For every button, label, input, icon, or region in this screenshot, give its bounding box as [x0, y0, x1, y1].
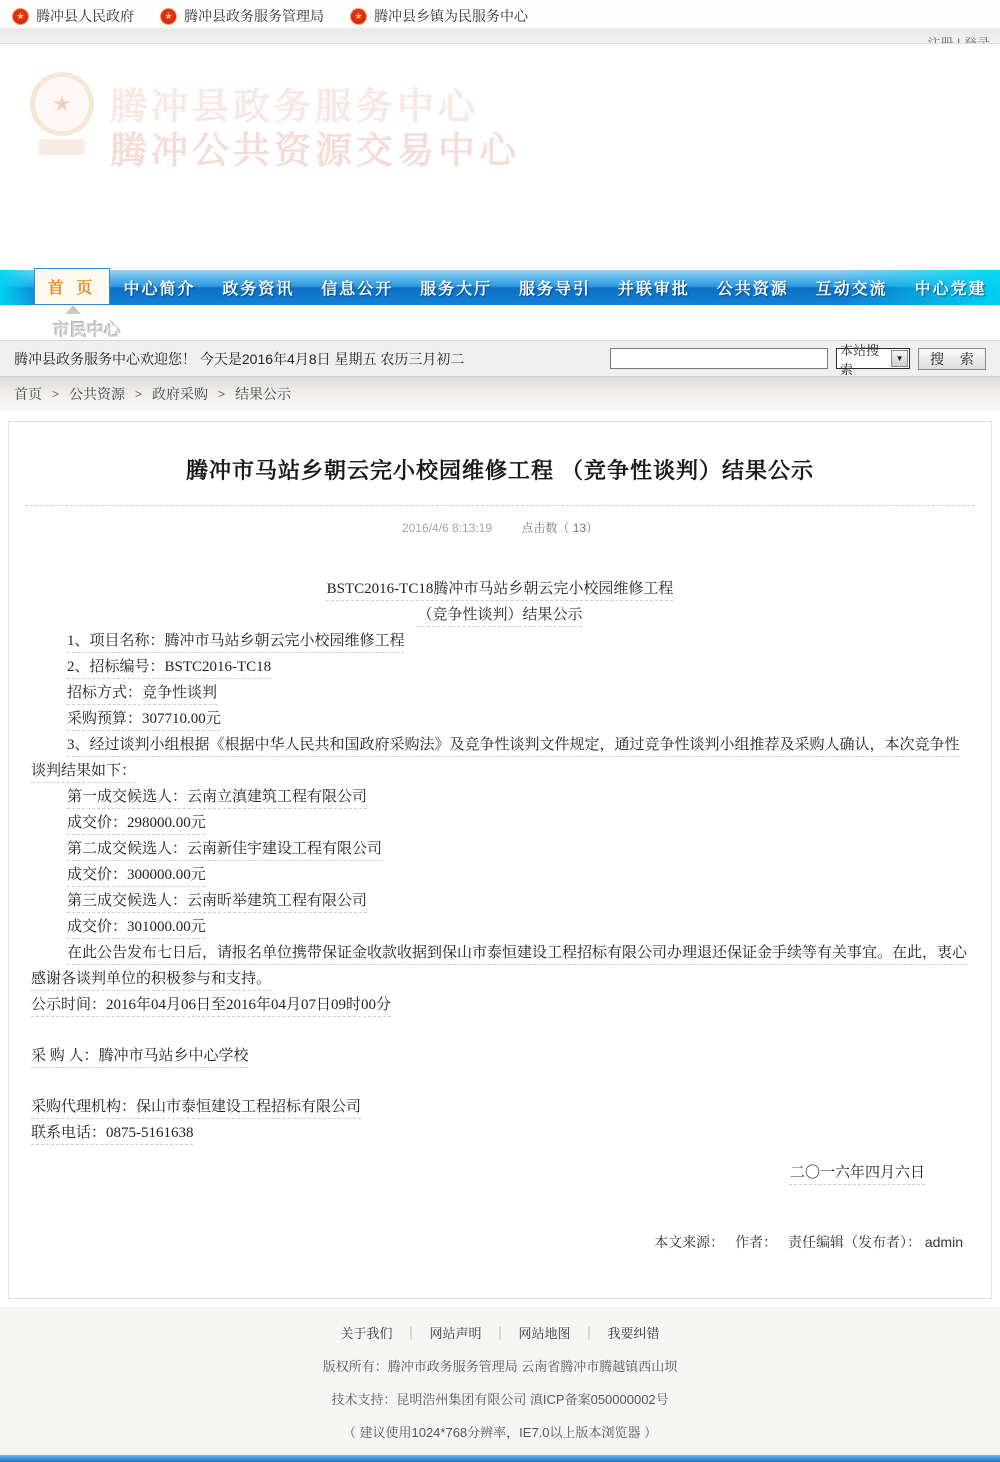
breadcrumb-separator: > — [218, 387, 225, 401]
bottom-bar — [0, 1455, 1000, 1462]
link-township-service-center[interactable]: ★ 腾冲县乡镇为民服务中心 — [350, 6, 528, 26]
article-container: 腾冲市马站乡朝云完小校园维修工程 （竞争性谈判）结果公示 2016/4/6 8:… — [8, 421, 992, 1299]
article-paragraph: 联系电话：0875-5161638 — [31, 1120, 969, 1146]
nav-item-label: 政务资讯 — [222, 276, 294, 299]
search-scope-value: 本站搜索 — [840, 340, 891, 378]
nav-item-label: 信息公开 — [321, 276, 393, 299]
link-service-administration[interactable]: ★ 腾冲县政务服务管理局 — [160, 6, 324, 26]
footer-browser-advice: （ 建议使用1024*768分辨率，IE7.0以上版本浏览器 ） — [0, 1422, 1000, 1441]
nav-item-center-intro[interactable]: 中心简介 — [110, 270, 209, 305]
breadcrumb-result-announcement[interactable]: 结果公示 — [235, 384, 291, 404]
nav-item-home[interactable]: 首 页 — [34, 268, 110, 305]
gov-link-label: 腾冲县政务服务管理局 — [184, 6, 324, 26]
footer-link-error-report[interactable]: 我要纠错 — [608, 1326, 660, 1341]
chevron-down-icon[interactable]: ▼ — [891, 350, 908, 367]
nav-item-service-guide[interactable]: 服务导引 — [506, 270, 605, 305]
gov-link-label: 腾冲县人民政府 — [36, 6, 134, 26]
footer-separator: ｜ — [404, 1326, 417, 1341]
article-paragraph: 成交价：301000.00元 — [31, 914, 969, 940]
welcome-bar: 腾冲县政务服务中心欢迎您！ 今天是2016年4月8日 星期五 农历三月初二 本站… — [0, 340, 1000, 377]
national-emblem-icon: ★ — [160, 8, 177, 25]
nav-item-label: 中心党建 — [915, 276, 987, 299]
article-paragraph: 3、经过谈判小组根据《根据中华人民共和国政府采购法》及竞争性谈判文件规定，通过竞… — [31, 732, 969, 784]
nav-item-party-building[interactable]: 中心党建 — [901, 270, 1000, 305]
topbar-links: ★ 腾冲县人民政府 ★ 腾冲县政务服务管理局 ★ 腾冲县乡镇为民服务中心 — [0, 0, 1000, 26]
article-paragraph: 公示时间：2016年04月06日至2016年04月07日09时00分 — [31, 992, 969, 1018]
search-input[interactable] — [610, 348, 828, 369]
article-paragraph: 2、招标编号：BSTC2016-TC18 — [31, 654, 969, 680]
welcome-text: 腾冲县政务服务中心欢迎您！ 今天是2016年4月8日 星期五 农历三月初二 — [14, 349, 464, 369]
article-heading-line: BSTC2016-TC18腾冲市马站乡朝云完小校园维修工程 — [31, 576, 969, 602]
subnav: 市民中心 — [0, 305, 1000, 340]
title-divider — [25, 505, 975, 506]
article-paragraph: 成交价：298000.00元 — [31, 810, 969, 836]
article-hit-count: 点击数（ 13） — [521, 521, 598, 535]
search-scope-select[interactable]: 本站搜索 ▼ — [836, 348, 910, 369]
article-paragraph: 第二成交候选人：云南新佳宇建设工程有限公司 — [31, 836, 969, 862]
nav-item-service-hall[interactable]: 服务大厅 — [407, 270, 506, 305]
article-paragraph: 招标方式：竞争性谈判 — [31, 680, 969, 706]
search-button[interactable]: 搜 索 — [918, 348, 986, 370]
breadcrumb: 首页 > 公共资源 > 政府采购 > 结果公示 — [0, 377, 1000, 411]
article-date: 2016/4/6 8:13:19 — [402, 521, 492, 535]
article-paragraph: 采购代理机构：保山市泰恒建设工程招标有限公司 — [31, 1094, 969, 1120]
nav-item-label: 服务导引 — [519, 276, 591, 299]
national-emblem-icon: ★ — [12, 8, 29, 25]
article-meta: 2016/4/6 8:13:19 点击数（ 13） — [21, 519, 979, 536]
article-paragraph: 第一成交候选人：云南立滇建筑工程有限公司 — [31, 784, 969, 810]
article-sign-date: 二〇一六年四月六日 — [31, 1160, 969, 1186]
banner-emblem-icon: ★ — [30, 72, 94, 136]
footer-link-sitemap[interactable]: 网站地图 — [519, 1326, 571, 1341]
page: ★ 腾冲县人民政府 ★ 腾冲县政务服务管理局 ★ 腾冲县乡镇为民服务中心 注册 … — [0, 0, 1000, 1462]
nav-item-label: 并联审批 — [618, 276, 690, 299]
nav-item-info-disclosure[interactable]: 信息公开 — [308, 270, 407, 305]
banner-text: 腾冲县政务服务中心 腾冲公共资源交易中心 — [0, 44, 1000, 174]
link-county-government[interactable]: ★ 腾冲县人民政府 — [12, 6, 134, 26]
site-banner: ★ 腾冲县政务服务中心 腾冲公共资源交易中心 — [0, 44, 1000, 270]
article-paragraph: 成交价：300000.00元 — [31, 862, 969, 888]
footer-tech-support: 技术支持：昆明浩州集团有限公司 滇ICP备案050000002号 — [0, 1389, 1000, 1408]
topbar: ★ 腾冲县人民政府 ★ 腾冲县政务服务管理局 ★ 腾冲县乡镇为民服务中心 注册 … — [0, 0, 1000, 44]
footer-separator: ｜ — [493, 1326, 506, 1341]
article-paragraph: 1、项目名称：腾冲市马站乡朝云完小校园维修工程 — [31, 628, 969, 654]
footer-link-statement[interactable]: 网站声明 — [429, 1326, 481, 1341]
nav-item-public-resources[interactable]: 公共资源 — [703, 270, 802, 305]
main-nav: 首 页 中心简介 政务资讯 信息公开 服务大厅 服务导引 并联审批 公共资源 互… — [0, 270, 1000, 305]
breadcrumb-home[interactable]: 首页 — [14, 384, 42, 404]
article-title: 腾冲市马站乡朝云完小校园维修工程 （竞争性谈判）结果公示 — [21, 454, 979, 485]
footer-links: 关于我们｜网站声明｜网站地图｜我要纠错 — [0, 1323, 1000, 1342]
nav-item-gov-news[interactable]: 政务资讯 — [209, 270, 308, 305]
nav-item-interaction[interactable]: 互动交流 — [802, 270, 901, 305]
national-emblem-icon: ★ — [350, 8, 367, 25]
nav-item-label: 中心简介 — [123, 276, 195, 299]
banner-title-line1: 腾冲县政务服务中心 — [110, 86, 1000, 130]
auth-links[interactable]: 注册 | 登录 — [927, 33, 990, 44]
breadcrumb-separator: > — [135, 387, 142, 401]
gov-link-label: 腾冲县乡镇为民服务中心 — [374, 6, 528, 26]
footer-separator: ｜ — [583, 1326, 596, 1341]
article-heading-line: （竞争性谈判）结果公示 — [31, 602, 969, 628]
article-paragraph: 采 购 人：腾冲市马站乡中心学校 — [31, 1043, 969, 1069]
nav-item-label: 首 页 — [48, 275, 96, 298]
subnav-item-citizen-center[interactable]: 市民中心 — [53, 316, 121, 341]
nav-item-joint-approval[interactable]: 并联审批 — [604, 270, 703, 305]
article-source: 本文来源： 作者： 责任编辑（发布者）： admin — [21, 1232, 979, 1252]
footer-copyright: 版权所有：腾冲市政务服务管理局 云南省腾冲市腾越镇西山坝 — [0, 1356, 1000, 1375]
nav-item-label: 服务大厅 — [420, 276, 492, 299]
breadcrumb-gov-procurement[interactable]: 政府采购 — [152, 384, 208, 404]
footer: 关于我们｜网站声明｜网站地图｜我要纠错 版权所有：腾冲市政务服务管理局 云南省腾… — [0, 1307, 1000, 1455]
nav-item-label: 公共资源 — [717, 276, 789, 299]
article-paragraph: 第三成交候选人：云南昕举建筑工程有限公司 — [31, 888, 969, 914]
article-paragraph: 在此公告发布七日后，请报名单位携带保证金收款收据到保山市泰恒建设工程招标有限公司… — [31, 940, 969, 992]
triangle-up-icon — [65, 305, 81, 314]
search-box: 本站搜索 ▼ 搜 索 — [610, 348, 986, 370]
breadcrumb-public-resources[interactable]: 公共资源 — [69, 384, 125, 404]
article-body: BSTC2016-TC18腾冲市马站乡朝云完小校园维修工程 （竞争性谈判）结果公… — [21, 576, 979, 1186]
article-paragraph: 采购预算：307710.00元 — [31, 706, 969, 732]
breadcrumb-separator: > — [52, 387, 59, 401]
banner-title-line2: 腾冲公共资源交易中心 — [110, 130, 1000, 174]
footer-link-about[interactable]: 关于我们 — [340, 1326, 392, 1341]
nav-item-label: 互动交流 — [816, 276, 888, 299]
